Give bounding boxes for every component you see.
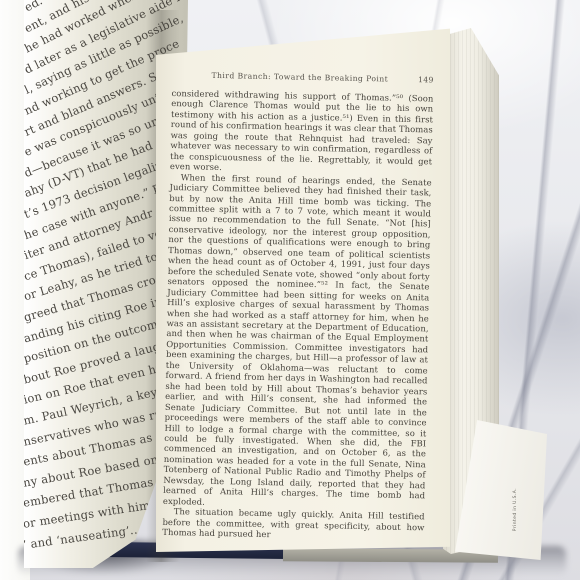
right-page-content: Third Branch: Toward the Breaking Point … <box>162 70 434 543</box>
printed-in-usa-note: Printed in U.S.A. <box>513 488 518 531</box>
page-number: 149 <box>400 75 434 85</box>
page-header: Third Branch: Toward the Breaking Point … <box>172 70 434 84</box>
paragraph: The situation became ugly quickly. Anita… <box>162 506 425 543</box>
book-photo: { "photo": { "surface": "white-gray marb… <box>0 0 580 580</box>
running-title: Third Branch: Toward the Breaking Point <box>172 70 400 84</box>
right-page: Third Branch: Toward the Breaking Point … <box>156 26 450 552</box>
paragraph: considered withdrawing his support of Th… <box>170 88 434 177</box>
page-text-block: considered withdrawing his support of Th… <box>162 88 433 543</box>
paragraph: When the first round of hearings ended, … <box>163 172 432 512</box>
